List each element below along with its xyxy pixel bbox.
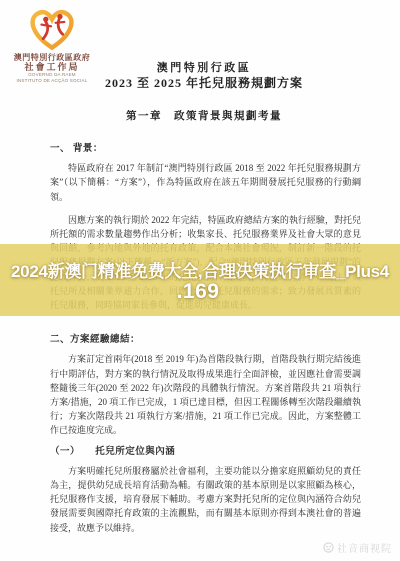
watermark-icon xyxy=(323,542,334,553)
heart-figures-logo-icon xyxy=(23,6,81,52)
document-title-line1: 澳門特別行政區 xyxy=(4,59,400,75)
ad-overlay-text-line1: 2024新澳门精准免费大全,合理决策执行审查_Plus4 xyxy=(0,257,400,282)
watermark-text: 社音商视院 xyxy=(337,540,392,555)
watermark: 社音商视院 xyxy=(323,540,392,555)
chapter-heading: 第一章 政策背景與規劃考量 xyxy=(4,108,400,123)
document-page: 澳門特別行政區政府 社會工作局 GOVERNO DA RAEM INSTITUT… xyxy=(0,0,400,561)
section-3-paragraph-1: 方案明確托兒所服務屬於社會福利，主要功能以分擔家庭照顧幼兒的責任為主，提供幼兒成… xyxy=(50,464,361,535)
section-1-heading: 一、 背景： xyxy=(50,142,361,156)
document-body: 一、 背景： 特區政府在 2017 年制訂“澳門特別行政區 2018 至 202… xyxy=(50,142,361,535)
document-title-line2: 2023 至 2025 年托兒服務規劃方案 xyxy=(4,74,400,91)
section-2-heading: 二、方案經驗總結： xyxy=(50,333,361,347)
ad-overlay-text-line2: .169 xyxy=(0,280,398,304)
section-2-paragraph-1: 方案訂定首兩年(2018 至 2019 年)為首階段執行期，首階段執行期完結後進… xyxy=(50,352,361,437)
section-3-heading: （一） 托兒所定位與內涵 xyxy=(50,445,361,459)
section-1-paragraph-1: 特區政府在 2017 年制訂“澳門特別行政區 2018 至 2022 年托兒服務… xyxy=(50,161,361,204)
